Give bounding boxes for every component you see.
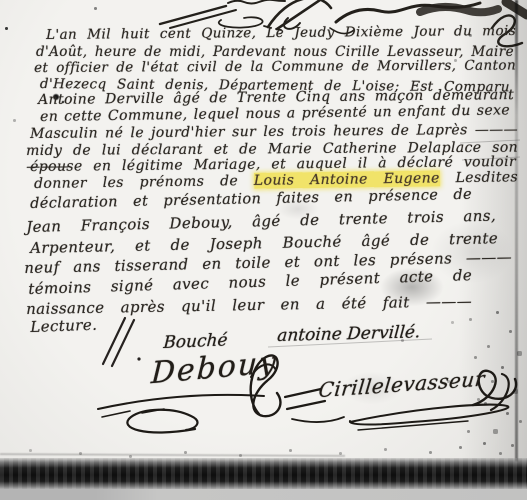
manuscript-line: et officier de l'état civil de la Commun… — [34, 57, 516, 76]
prenoms-prefix: donner les prénoms de — [34, 173, 254, 192]
page-fold-line — [515, 0, 518, 462]
prenoms-suffix: Lesdites — [440, 169, 519, 186]
scanned-document: L'an Mil huit cent Quinze, Le Jeudy Dixi… — [0, 0, 527, 500]
signature-derville: antoine Dervillé. — [276, 322, 421, 346]
scan-edge-band — [0, 458, 527, 489]
scan-noise-speckles — [0, 0, 1, 1]
highlighted-name: Louis Antoine Eugene — [254, 170, 440, 189]
scan-edge-strip — [0, 489, 527, 500]
